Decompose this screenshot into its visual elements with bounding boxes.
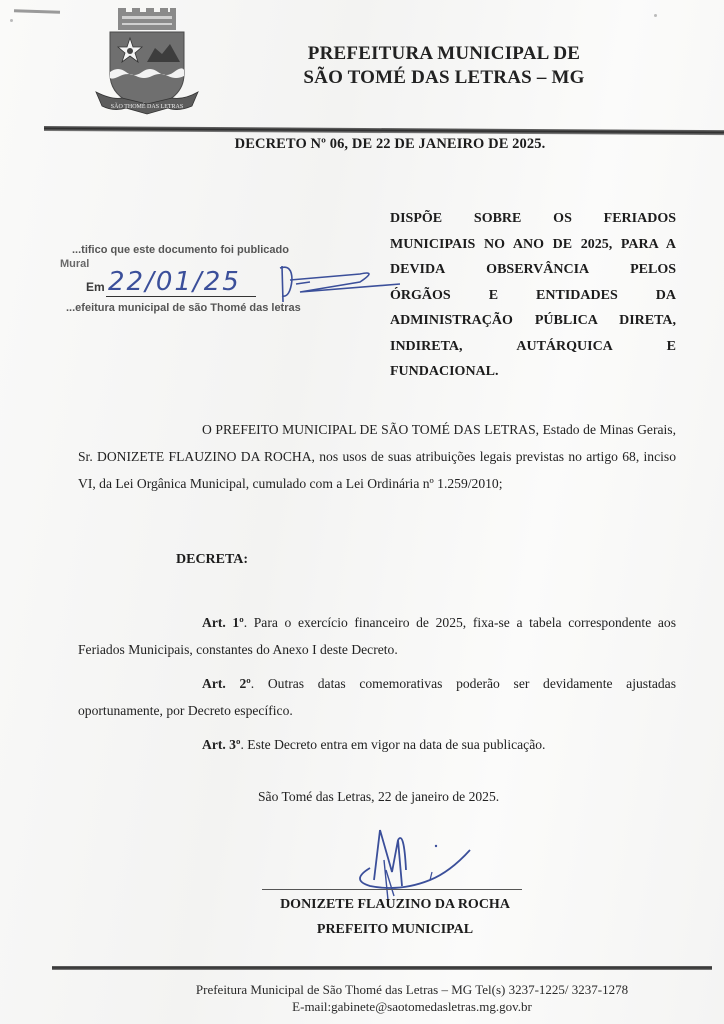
decree-title: DECRETO Nº 06, DE 22 DE JANEIRO DE 2025. [180,136,600,153]
summary-line: DISPÕE SOBRE OS FERIADOS [390,206,676,232]
scan-speck [654,14,657,17]
article-3: Art. 3º. Este Decreto entra em vigor na … [78,731,676,758]
preamble-paragraph: O PREFEITO MUNICIPAL DE SÃO TOMÉ DAS LET… [78,416,676,497]
header-title-line2: SÃO TOMÉ DAS LETRAS – MG [284,66,604,90]
municipality-header: PREFEITURA MUNICIPAL DE SÃO TOMÉ DAS LET… [284,42,604,90]
scan-speck [10,19,13,22]
article-label: Art. 1º [202,615,244,630]
summary-line: INDIRETA, AUTÁRQUICA E [390,334,676,360]
summary-line: ADMINISTRAÇÃO PÚBLICA DIRETA, [390,308,676,334]
publication-stamp: ...tifico que este documento foi publica… [60,240,380,340]
article-label: Art. 2º [202,676,251,691]
footer-contact: Prefeitura Municipal de São Thomé das Le… [100,982,724,998]
footer-divider [52,966,712,970]
decreta-heading: DECRETA: [176,552,248,568]
article-text: . Para o exercício financeiro de 2025, f… [78,615,676,657]
document-page: SÃO THOMÉ DAS LETRAS PREFEITURA MUNICIPA… [0,0,724,1024]
municipal-coat-of-arms-icon: SÃO THOMÉ DAS LETRAS [92,4,202,116]
article-2: Art. 2º. Outras datas comemorativas pode… [78,670,676,724]
initials-signature-icon [60,240,400,320]
summary-line: ÓRGÃOS E ENTIDADES DA [390,283,676,309]
signer-role: PREFEITO MUNICIPAL [230,922,560,938]
summary-line: DEVIDA OBSERVÂNCIA PELOS [390,257,676,283]
summary-line: MUNICIPAIS NO ANO DE 2025, PARA A [390,232,676,258]
article-label: Art. 3º [202,737,240,752]
header-divider [44,126,724,135]
scan-mark [14,9,60,14]
article-text: . Este Decreto entra em vigor na data de… [240,737,545,752]
footer-email: E-mail:gabinete@saotomedasletras.mg.gov.… [100,999,724,1015]
article-1: Art. 1º. Para o exercício financeiro de … [78,609,676,663]
summary-line: FUNDACIONAL. [390,359,676,385]
place-and-date: São Tomé das Letras, 22 de janeiro de 20… [258,789,499,805]
signature-line [262,889,522,890]
header-title-line1: PREFEITURA MUNICIPAL DE [284,42,604,66]
signer-name: DONIZETE FLAUZINO DA ROCHA [230,897,560,913]
decree-summary: DISPÕE SOBRE OS FERIADOS MUNICIPAIS NO A… [390,206,676,385]
article-text: . Outras datas comemorativas poderão ser… [78,676,676,718]
svg-text:SÃO THOMÉ DAS LETRAS: SÃO THOMÉ DAS LETRAS [111,102,183,110]
